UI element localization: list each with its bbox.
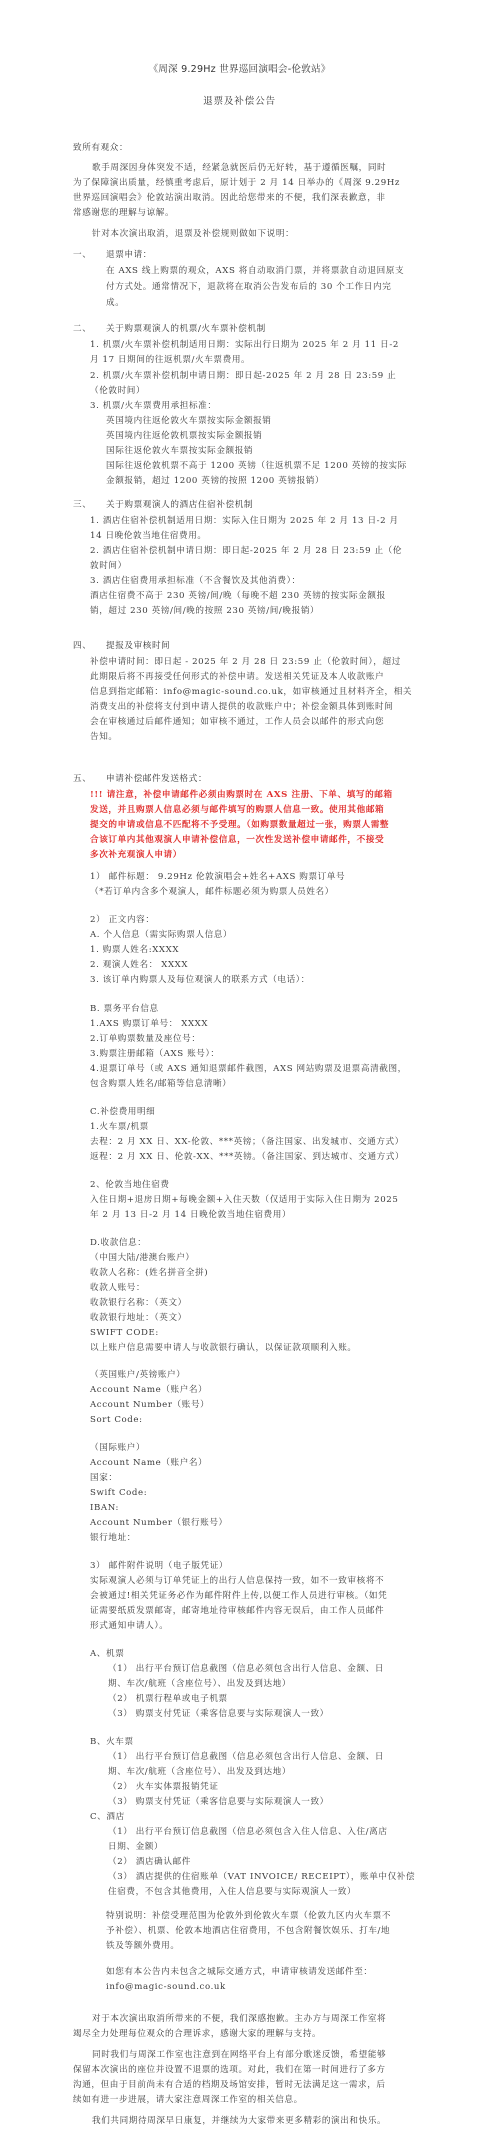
section-3-heading: 关于购票观演人的酒店住宿补偿机制 xyxy=(106,500,253,511)
part-d-line: 收款人账号： xyxy=(90,1283,145,1294)
section-2-standard: 英国境内往返伦敦火车票按实际金额报销 xyxy=(106,416,272,427)
intro-line: 世界巡回演唱会》伦敦站演出取消。因此给您带来的不便，我们深表歉意，非 xyxy=(73,193,386,204)
special-note-line: 铁及等额外费用。 xyxy=(106,1941,180,1952)
attachments-line: 实际观演人必须与订单凭证上的出行人信息保持一致，如不一致审核将不 xyxy=(90,1576,384,1587)
part-b-line: 包含购票人姓名/邮箱等信息清晰） xyxy=(90,1079,231,1090)
intro-line: 歌手周深因身体突发不适，经紧急就医后仍无好转，基于遵循医嘱，同时 xyxy=(92,163,386,174)
warning-line: 发送，并且购票人信息必须与邮件填写的购票人信息一致。使用其他邮箱 xyxy=(90,805,384,816)
att-b-line: （1） 出行平台预订信息截图（信息必须包含出行人信息、金额、日 xyxy=(108,1752,384,1763)
contact-email: info@magic-sound.co.uk xyxy=(106,1982,226,1993)
uk-account-line: Account Name（账户名） xyxy=(90,1385,207,1396)
part-a-line: 1. 购票人姓名:XXXX xyxy=(90,945,179,956)
att-c-line: （1） 出行平台预订信息截图（信息必须包含入住人信息、入住/离店 xyxy=(108,1827,388,1838)
attachments-line: 形式通知申请人）。 xyxy=(90,1621,168,1632)
att-c-line: （2） 酒店确认邮件 xyxy=(108,1857,191,1868)
section-2-standard: 金额报销，超过 1200 英镑的按照 1200 英镑报销） xyxy=(106,476,324,487)
att-a-line: （2） 机票行程单或电子机票 xyxy=(108,1694,228,1705)
section-5-heading: 申请补偿邮件发送格式： xyxy=(106,774,207,785)
contact-line: 如您有本公告内未包含之城际交通方式，申请审核请发送邮件至： xyxy=(106,1967,373,1978)
part-d-line: 收款银行名称：（英文） xyxy=(90,1298,187,1309)
closing-line: 竭尽全力处理每位观众的合理诉求，感谢大家的理解与支持。 xyxy=(73,2029,321,2040)
section-3-item: 3. 酒店住宿费用承担标准（不含餐饮及其他消费）： xyxy=(90,576,301,587)
warning-line: 提交的申请或信息不匹配将不予受理。（如购票数量超过一张，购票人需整 xyxy=(90,820,389,831)
section-2-item: （伦敦时间） xyxy=(90,386,145,397)
att-a-line: A、机票 xyxy=(90,1649,124,1660)
attachments-line: 会被通过!相关凭证务必作为邮件附件上传,以便工作人员进行审核。（如凭 xyxy=(90,1591,387,1602)
section-4-line: 信息到指定邮箱：info@magic-sound.co.uk，如审核通过且材料齐… xyxy=(90,687,412,698)
section-1-heading: 退票申请： xyxy=(106,250,152,261)
section-3-item: 敦时间） xyxy=(90,561,127,572)
warning-line: !!! 请注意，补偿申请邮件必须由购票时在 AXS 注册、下单、填写的邮箱 xyxy=(90,790,393,801)
part-c-line: 返程：2 月 XX 日、伦敦-XX、***英镑。（备注国家、到达城市、交通方式） xyxy=(90,1152,404,1163)
section-3-item: 酒店住宿费不高于 230 英镑/间/晚（每晚不超 230 英镑的按实际金额报 xyxy=(90,591,386,602)
section-4-line: 告知。 xyxy=(90,732,118,743)
section-2-heading: 关于购票观演人的机票/火车票补偿机制 xyxy=(106,324,266,335)
section-4-line: 会在审核通过后邮件通知；如审核不通过，工作人员会以邮件的形式向您 xyxy=(90,717,384,728)
part-c2-line: 入住日期+退房日期+每晚金额+入住天数（仅适用于实际入住日期为 2025 xyxy=(90,1195,398,1206)
att-a-line: 期、车次/航班（含座位号）、出发及到达地） xyxy=(108,1679,291,1690)
part-d-line: 以上账户信息需要申请人与收款银行确认，以保证款项顺利入账。 xyxy=(90,1343,357,1354)
section-4-number: 四、 xyxy=(73,641,91,652)
part-c2-line: 年 2 月 13 日-2 月 14 日晚伦敦当地住宿费用） xyxy=(90,1210,291,1221)
intl-account-line: 国家： xyxy=(90,1473,118,1484)
section-2-item: 月 17 日期间的往返机票/火车票费用。 xyxy=(90,355,250,366)
att-b-line: 期、车次/航班（含座位号）、出发及到达地） xyxy=(108,1767,291,1778)
intl-account-line: Swift Code: xyxy=(90,1488,147,1499)
part-d-line: 收款人名称：(姓名拼音全拼) xyxy=(90,1268,208,1279)
salutation: 致所有观众： xyxy=(73,143,128,154)
section-2-standard: 国际往返伦敦火车票按实际金额报销 xyxy=(106,446,253,457)
att-c-line: 住宿费，不包含其他费用，入住人信息要与实际观演人一致） xyxy=(108,1887,356,1898)
section-3-item: 14 日晚伦敦当地住宿费用。 xyxy=(90,531,207,542)
part-b-line: 4.退票订单号（或 AXS 通知退票邮件截图，AXS 网站购票及退票高清截图， xyxy=(90,1064,407,1075)
closing-line: 我们共同期待周深早日康复，并继续为大家带来更多精彩的演出和快乐。 xyxy=(92,2116,386,2127)
rules-intro: 针对本次演出取消，退票及补偿规则做如下说明： xyxy=(92,229,294,240)
section-3-item: 销，超过 230 英镑/间/晚的按照 230 英镑/间/晚报销） xyxy=(90,606,319,617)
part-d-line: 收款银行地址：（英文） xyxy=(90,1313,187,1324)
part-d-line: D.收款信息： xyxy=(90,1238,146,1249)
closing-line: 保留本次演出的座位并设置不退票的选项。对此，我们在第一时间进行了多方 xyxy=(73,2065,386,2076)
part-a-line: 3. 该订单内购票人及每位观演人的联系方式（电话）： xyxy=(90,975,310,986)
attachments-line: 证需要纸质发票邮寄，邮寄地址待审核邮件内容无误后，由工作人员邮件 xyxy=(90,1606,384,1617)
special-note-line: 特别说明：补偿受理范围为伦敦外到伦敦火车票（伦敦九区内火车票不 xyxy=(106,1911,391,1922)
intl-account-line: 银行地址： xyxy=(90,1533,136,1544)
att-a-line: （1） 出行平台预订信息截图（信息必须包含出行人信息、金额、日 xyxy=(108,1664,384,1675)
intl-account-line: （国际账户） xyxy=(90,1443,145,1454)
part-a-line: A. 个人信息（需实际购票人信息） xyxy=(90,930,232,941)
section-3-item: 1. 酒店住宿补偿机制适用日期：实际入住日期为 2025 年 2 月 13 日-… xyxy=(90,516,399,527)
warning-line: 多次补充观演人申请） xyxy=(90,850,182,861)
att-a-line: （3） 购票支付凭证（乘客信息要与实际观演人一致） xyxy=(108,1709,329,1720)
part-b-line: 2.订单购票数量及座位号： xyxy=(90,1034,201,1045)
att-c-line: C、酒店 xyxy=(90,1812,125,1823)
section-4-line: 消费支出的补偿将支付到申请人提供的收款账户中；补偿金额具体到账时间 xyxy=(90,702,393,713)
part-b-line: 1.AXS 购票订单号： XXXX xyxy=(90,1019,208,1030)
part-b-line: B. 票务平台信息 xyxy=(90,1004,159,1015)
section-2-item: 3. 机票/火车票费用承担标准： xyxy=(90,401,217,412)
uk-account-line: Account Number（账号） xyxy=(90,1400,209,1411)
section-2-item: 1. 机票/火车票补偿机制适用日期：实际出行日期为 2025 年 2 月 11 … xyxy=(90,340,399,351)
section-1-line: 在 AXS 线上购票的观众，AXS 将自动取消门票，并将票款自动退回原支 xyxy=(106,266,404,277)
closing-line: 同时我们与周深工作室也注意到在网络平台上有部分歌迷反馈，希望能够 xyxy=(92,2050,386,2061)
intro-line: 为了保障演出质量，经慎重考虑后，原计划于 2 月 14 日举办的《周深 9.29… xyxy=(73,178,400,189)
section-3-number: 三、 xyxy=(73,500,91,511)
section-2-standard: 英国境内往返伦敦机票按实际金额报销 xyxy=(106,431,262,442)
intro-line: 常感谢您的理解与谅解。 xyxy=(73,208,174,219)
part-c-line: 去程：2 月 XX 日、XX-伦敦、***英镑；（备注国家、出发城市、交通方式） xyxy=(90,1137,404,1148)
special-note-line: 予补偿）、机票、伦敦本地酒店住宿费用，不包含附餐饮娱乐、打车/地 xyxy=(106,1926,390,1937)
part-c2-line: 2、伦敦当地住宿费 xyxy=(90,1180,170,1191)
section-5-number: 五、 xyxy=(73,774,91,785)
section-4-line: 补偿申请时间：即日起 - 2025 年 2 月 28 日 23:59 止（伦敦时… xyxy=(90,657,401,668)
uk-account-line: Sort Code: xyxy=(90,1415,143,1426)
part-c-line: C.补偿费用明细 xyxy=(90,1107,155,1118)
att-b-line: B、火车票 xyxy=(90,1737,134,1748)
closing-line: 对于本次演出取消所带来的不便，我们深感抱歉。主办方与周深工作室将 xyxy=(92,2014,386,2025)
intl-account-line: Account Name（账户名） xyxy=(90,1458,207,1469)
part-a-line: 2. 观演人姓名： XXXX xyxy=(90,960,188,971)
section-3-item: 2. 酒店住宿补偿机制申请日期：即日起-2025 年 2 月 28 日 23:5… xyxy=(90,546,402,557)
part-d-line: SWIFT CODE: xyxy=(90,1328,159,1339)
part-d-line: （中国大陆/港澳台账户） xyxy=(90,1253,195,1264)
section-2-standard: 国际往返伦敦机票不高于 1200 英镑（往返机票不足 1200 英镑的按实际 xyxy=(106,461,407,472)
closing-line: 续如有进一步进展，请大家注意周深工作室的相关信息。 xyxy=(73,2095,303,2106)
section-1-line: 付方式处。通常情况下，退款将在取消公告发布后的 30 个工作日内完 xyxy=(106,282,391,293)
body-heading: 2） 正文内容： xyxy=(90,915,155,926)
intl-account-line: IBAN: xyxy=(90,1503,119,1514)
uk-account-line: （英国账户/英镑账户） xyxy=(90,1370,185,1381)
att-c-line: 日期、金额） xyxy=(108,1842,163,1853)
att-b-line: （2） 火车实体票报销凭证 xyxy=(108,1782,219,1793)
att-b-line: （3） 购票支付凭证（乘客信息要与实际观演人一致） xyxy=(108,1797,329,1808)
intl-account-line: Account Number（银行账号） xyxy=(90,1518,228,1529)
section-4-heading: 提报及审核时间 xyxy=(106,641,170,652)
attachments-line: 3） 邮件附件说明（电子版凭证） xyxy=(90,1561,228,1572)
section-1-number: 一、 xyxy=(73,250,91,261)
document-subtitle: 退票及补偿公告 xyxy=(0,96,479,107)
warning-line: 合该订单内其他观演人申请补偿信息，一次性发送补偿申请邮件，不接受 xyxy=(90,835,384,846)
closing-line: 沟通，但由于目前尚未有合适的档期及场馆安排，暂时无法满足这一需求，后 xyxy=(73,2080,386,2091)
email-subject-note: （*若订单内含多个观演人，邮件标题必须为购票人员姓名） xyxy=(90,887,334,898)
section-1-line: 成。 xyxy=(106,298,124,309)
part-b-line: 3.购票注册邮箱（AXS 账号）： xyxy=(90,1049,220,1060)
section-4-line: 此期限后将不再接受任何形式的补偿申请。发送相关凭证及本人收款账户 xyxy=(90,672,384,683)
document-title: 《周深 9.29Hz 世界巡回演唱会-伦敦站》 xyxy=(0,64,479,75)
email-subject-line: 1） 邮件标题： 9.29Hz 伦敦演唱会+姓名+AXS 购票订单号 xyxy=(90,872,345,883)
section-2-item: 2. 机票/火车票补偿机制申请日期：即日起-2025 年 2 月 28 日 23… xyxy=(90,371,396,382)
att-c-line: （3） 酒店提供的住宿账单（VAT INVOICE/ RECEIPT），账单中仅… xyxy=(108,1872,415,1883)
section-2-number: 二、 xyxy=(73,324,91,335)
part-c-line: 1.火车票/机票 xyxy=(90,1122,149,1133)
